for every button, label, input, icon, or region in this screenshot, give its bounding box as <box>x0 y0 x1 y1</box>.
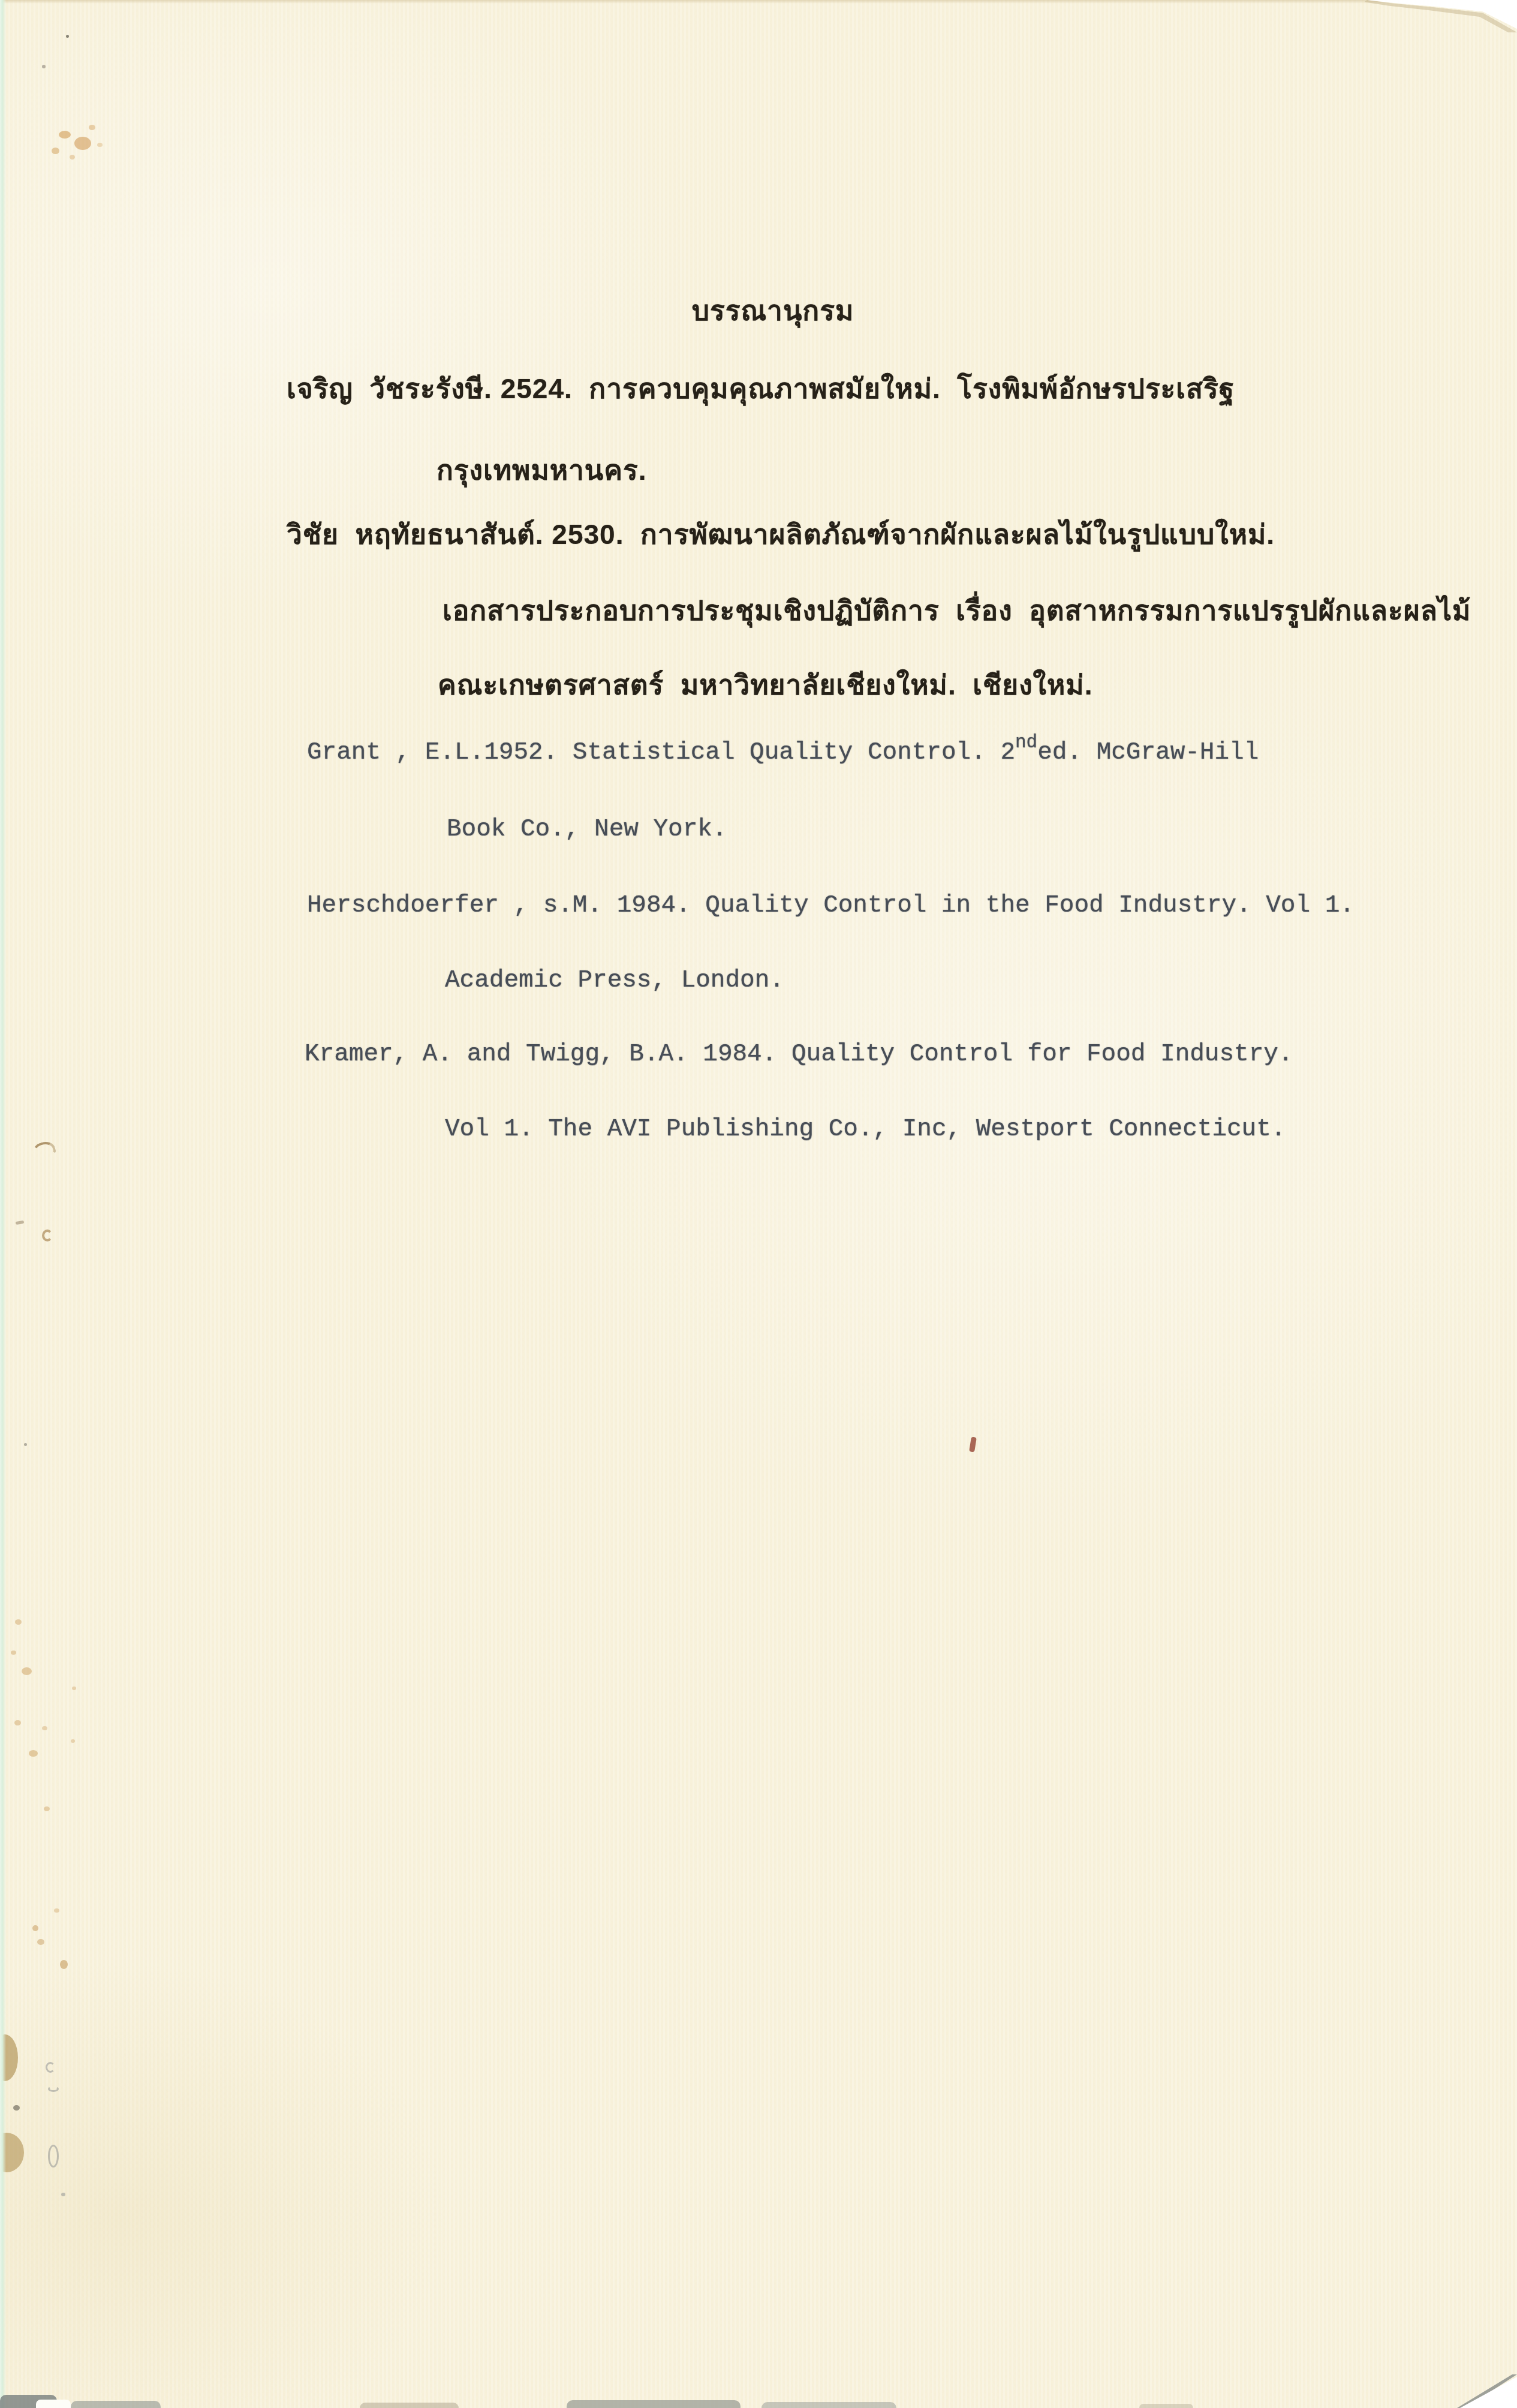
pencil-mark <box>48 2086 59 2092</box>
pencil-mark <box>46 2062 55 2073</box>
bib-entry-4-line-2: Academic Press, London. <box>445 967 784 994</box>
foxing-spot <box>37 1939 44 1945</box>
foxing-spot <box>42 1726 47 1730</box>
document-title: บรรณานุกรม <box>0 289 1517 333</box>
foxing-spot <box>60 1960 68 1969</box>
bottom-tear-fragment <box>761 2402 896 2408</box>
paper-sheet: บรรณานุกรม เจริญ วัชระรังษี. 2524. การคว… <box>0 0 1517 2408</box>
bib-entry-5-line-1: Kramer, A. and Twigg, B.A. 1984. Quality… <box>305 1041 1293 1068</box>
dust-speck <box>66 35 69 38</box>
foxing-spot <box>59 131 71 139</box>
foxing-spot <box>70 155 75 160</box>
bottom-tear-fragment <box>360 2403 459 2408</box>
ink-smudge <box>32 1139 57 1161</box>
foxing-spot <box>97 143 103 147</box>
foxing-spot <box>54 1908 59 1913</box>
foxing-spot <box>71 1739 75 1743</box>
bib-entry-3-line-1-pre: Grant , E.L.1952. Statistical Quality Co… <box>307 739 1015 766</box>
scan-top-edge <box>0 0 1517 4</box>
scanned-bibliography-page: { "colors": { "paper": "#f8f2dc", "ink_t… <box>0 0 1517 2408</box>
bib-entry-4-line-1: Herschdoerfer , s.M. 1984. Quality Contr… <box>307 892 1355 919</box>
foxing-spot <box>22 1667 32 1675</box>
dust-speck <box>42 65 46 68</box>
foxing-spot <box>74 137 91 150</box>
ordinal-superscript: nd <box>1015 732 1037 753</box>
foxing-spot <box>72 1686 76 1690</box>
foxing-spot <box>44 1806 50 1811</box>
foxing-spot <box>89 125 95 130</box>
stain-dash <box>16 1220 25 1225</box>
bib-entry-2-line-3: คณะเกษตรศาสตร์ มหาวิทยาลัยเชียงใหม่. เชี… <box>438 663 1092 707</box>
scan-bottom-edge <box>0 2390 1517 2408</box>
bib-entry-3-line-2: Book Co., New York. <box>447 816 727 843</box>
foxing-spot <box>11 1651 16 1655</box>
bib-entry-3-line-1-post: ed. McGraw-Hill <box>1037 739 1259 766</box>
foxing-spot <box>14 1720 21 1725</box>
bib-entry-5-line-2: Vol 1. The AVI Publishing Co., Inc, West… <box>445 1116 1286 1143</box>
bottom-tear-fragment <box>71 2401 161 2408</box>
red-pen-mark <box>969 1436 977 1452</box>
foxing-spot <box>32 1925 38 1931</box>
dust-speck <box>24 1443 27 1446</box>
bottom-tear-fragment <box>1139 2404 1193 2408</box>
pencil-mark <box>48 2145 59 2167</box>
bib-entry-3-line-1: Grant , E.L.1952. Statistical Quality Co… <box>307 739 1259 766</box>
bottom-tear-fragment <box>567 2400 741 2408</box>
dust-speck <box>61 2193 65 2196</box>
scan-left-edge <box>0 0 6 2408</box>
foxing-spot <box>52 148 59 154</box>
bib-entry-1-line-1: เจริญ วัชระรังษี. 2524. การควบคุมคุณภาพส… <box>287 367 1235 411</box>
bib-entry-2-line-2: เอกสารประกอบการประชุมเชิงปฏิบัติการ เรื่… <box>443 589 1471 633</box>
bottom-tear-fragment <box>36 2400 71 2408</box>
bib-entry-2-line-1: วิชัย หฤทัยธนาสันต์. 2530. การพัฒนาผลิตภ… <box>287 513 1275 557</box>
stain-mark <box>42 1229 53 1241</box>
bib-entry-1-line-2: กรุงเทพมหานคร. <box>437 449 647 492</box>
dust-speck <box>13 2105 20 2111</box>
foxing-spot <box>29 1750 38 1757</box>
foxing-spot <box>15 1619 22 1625</box>
